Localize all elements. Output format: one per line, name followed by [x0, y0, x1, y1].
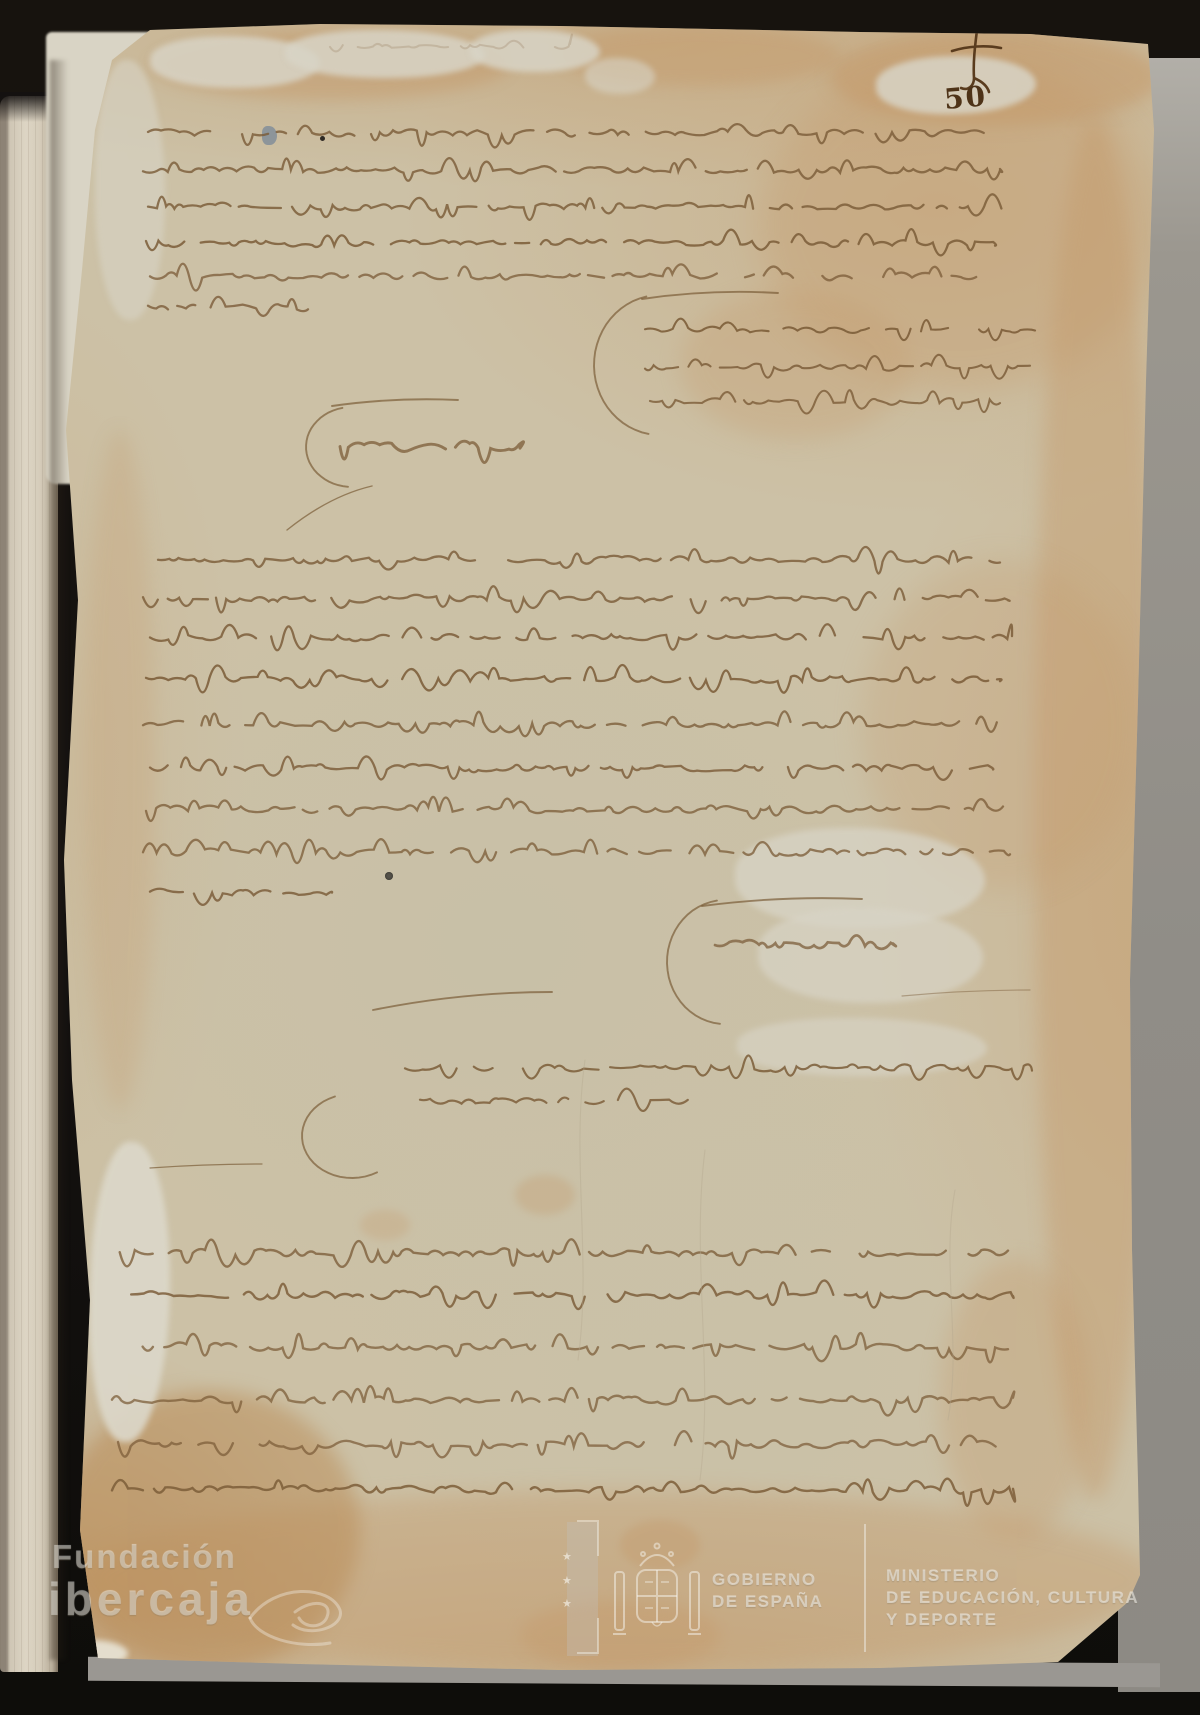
star-icon: ★ — [562, 1597, 572, 1610]
fundacion-watermark-line2: ibercaja — [48, 1572, 254, 1626]
ministerio-watermark-line3: Y DEPORTE — [886, 1610, 997, 1630]
flag-bracket-bottom — [577, 1618, 599, 1654]
ibercaja-logo-icon — [235, 1565, 365, 1655]
ministerio-watermark-line1: MINISTERIO — [886, 1566, 1000, 1586]
flag-bracket-top — [577, 1520, 599, 1556]
gobierno-watermark-line2: DE ESPAÑA — [712, 1592, 823, 1612]
fundacion-watermark-line1: Fundación — [52, 1538, 237, 1576]
leaf-edge-shading — [0, 0, 1200, 1715]
ministerio-watermark-line2: DE EDUCACIÓN, CULTURA — [886, 1588, 1139, 1608]
watermark-divider — [864, 1524, 866, 1652]
star-icon: ★ — [562, 1574, 572, 1587]
star-icon: ★ — [562, 1550, 572, 1563]
archival-photograph: { "folio": { "number": "50" }, "watermar… — [0, 0, 1200, 1715]
spain-coat-of-arms-watermark — [612, 1538, 702, 1650]
gobierno-watermark-line1: GOBIERNO — [712, 1570, 817, 1590]
manuscript-leaf: 50 — [0, 0, 1200, 1715]
